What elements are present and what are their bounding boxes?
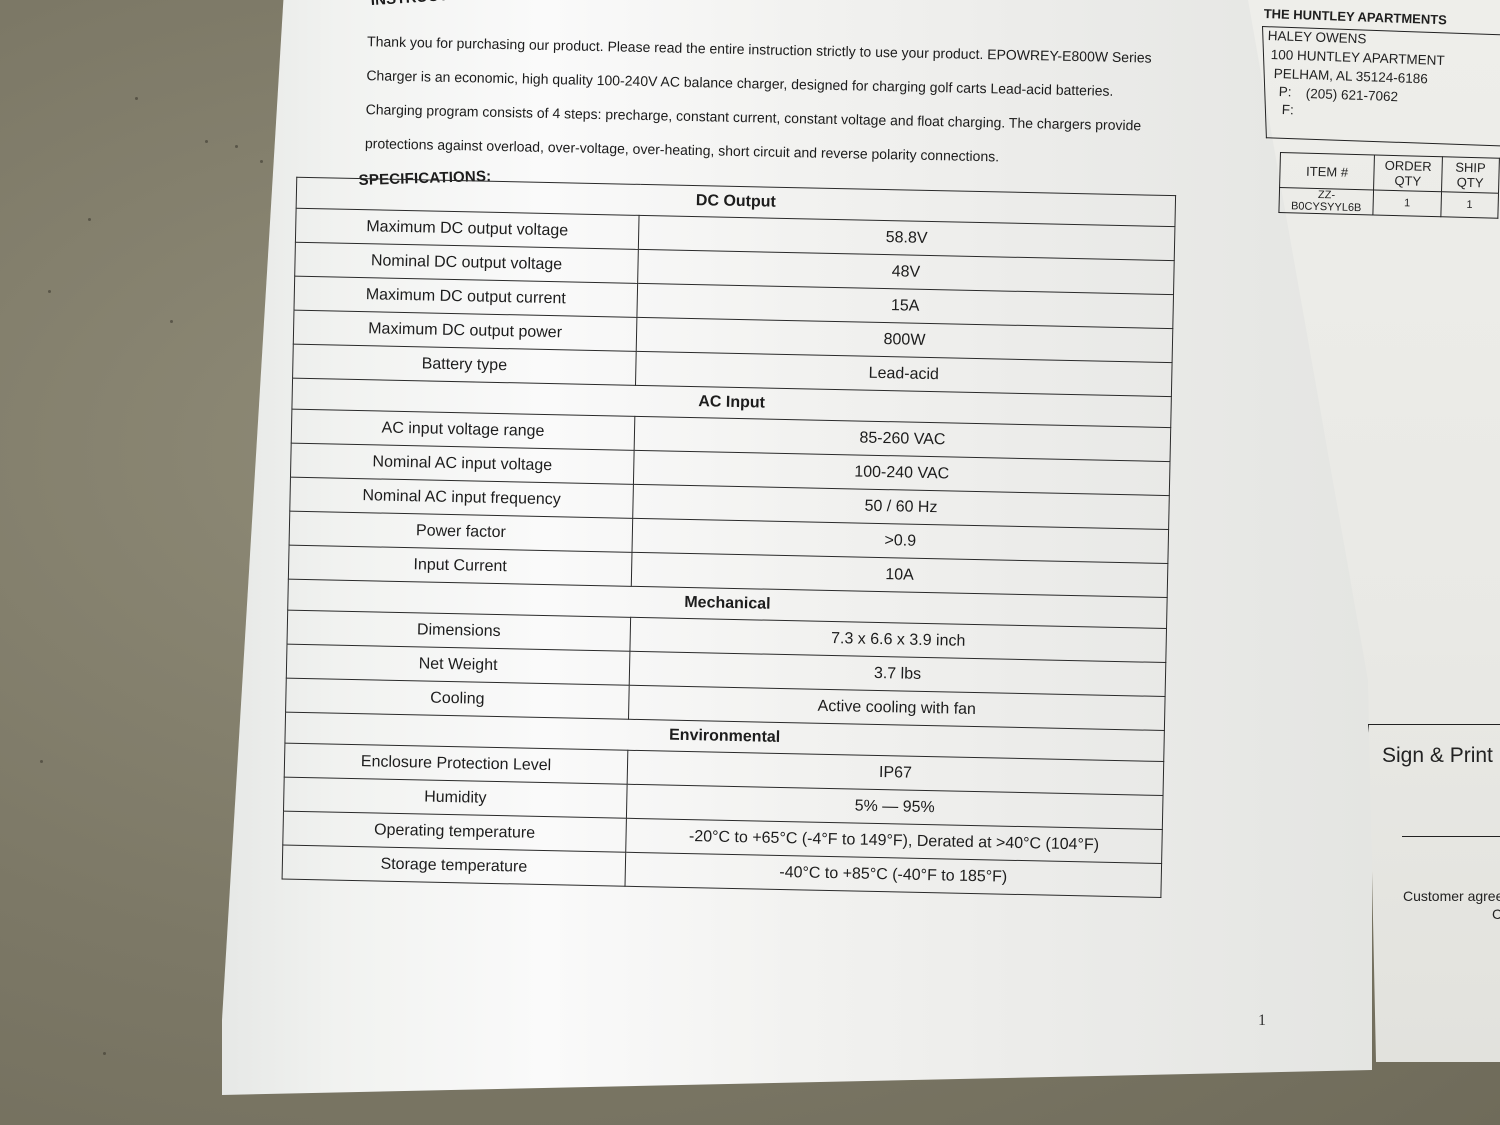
order-table-row: ZZ-B0CYSYYL6B 1 1 (1279, 188, 1499, 219)
spec-label: Storage temperature (282, 845, 626, 886)
header-order-qty: ORDER QTY (1374, 155, 1442, 192)
customer-agreement-text-2: C (1492, 906, 1500, 922)
floor-speck (40, 760, 43, 763)
header-ship-qty: SHIP QTY (1441, 157, 1499, 193)
customer-agreement-text: Customer agree (1403, 888, 1500, 904)
signature-label: Sign & Print N (1382, 744, 1500, 768)
floor-speck (235, 145, 238, 148)
page-number: 1 (1258, 1012, 1266, 1030)
ship-qty: 1 (1441, 192, 1499, 218)
phone-label: P: (1278, 84, 1291, 99)
floor-speck (48, 290, 51, 293)
floor-speck (135, 97, 138, 100)
floor-speck (205, 140, 208, 143)
signature-line (1402, 836, 1500, 837)
item-number: ZZ-B0CYSYYL6B (1279, 188, 1374, 215)
address-box (1262, 26, 1500, 147)
specifications-table-wrap: DC OutputMaximum DC output voltage58.8VN… (282, 177, 1177, 898)
fax-label: F: (1281, 102, 1294, 117)
floor-speck (170, 320, 173, 323)
order-table-header: ITEM # ORDER QTY SHIP QTY (1280, 153, 1500, 194)
header-item-number: ITEM # (1280, 153, 1375, 190)
intro-paragraph: Thank you for purchasing our product. Pl… (365, 24, 1152, 176)
phone-number: (205) 621-7062 (1305, 86, 1398, 104)
floor-speck (260, 160, 263, 163)
specifications-table: DC OutputMaximum DC output voltage58.8VN… (282, 177, 1177, 898)
floor-speck (103, 1052, 106, 1055)
order-table: ITEM # ORDER QTY SHIP QTY ZZ-B0CYSYYL6B … (1278, 152, 1500, 219)
order-qty: 1 (1373, 190, 1441, 217)
floor-speck (88, 218, 91, 221)
